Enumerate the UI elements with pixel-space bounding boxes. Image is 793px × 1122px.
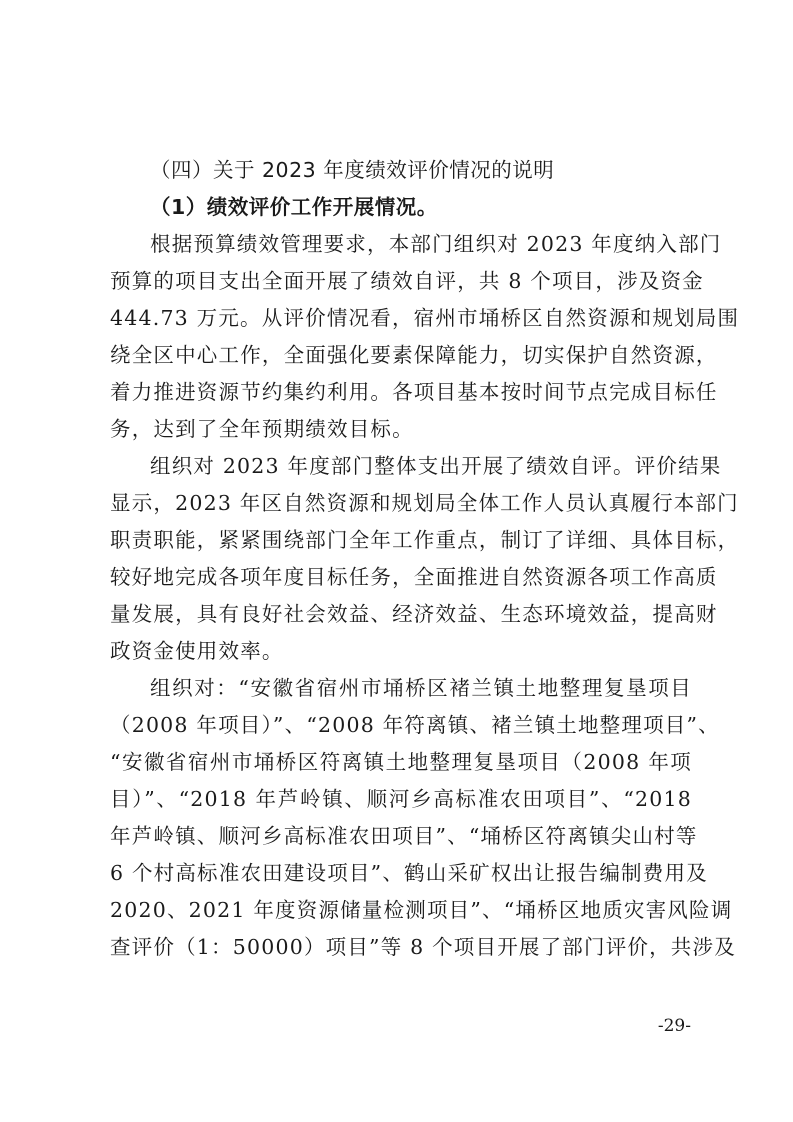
paragraph-line: 2020、2021 年度资源储量检测项目”、“埇桥区地质灾害风险调 [110,892,692,929]
paragraph-line: 务，达到了全年预期绩效目标。 [110,411,692,448]
paragraph-line: 目）”、“2018 年芦岭镇、顺河乡高标准农田项目”、“2018 [110,781,692,818]
subsection-heading: （1）绩效评价工作开展情况。 [110,189,692,226]
paragraph-line: 预算的项目支出全面开展了绩效自评，共 8 个项目，涉及资金 [110,263,692,300]
page-content: （四）关于 2023 年度绩效评价情况的说明 （1）绩效评价工作开展情况。 根据… [110,152,692,966]
paragraph-line: 6 个村高标准农田建设项目”、鹤山采矿权出让报告编制费用及 [110,855,692,892]
paragraph-line: 组织对 2023 年度部门整体支出开展了绩效自评。评价结果 [110,448,692,485]
paragraph-line: 较好地完成各项年度目标任务，全面推进自然资源各项工作高质 [110,559,692,596]
document-page: （四）关于 2023 年度绩效评价情况的说明 （1）绩效评价工作开展情况。 根据… [0,0,793,1122]
paragraph-line: 绕全区中心工作，全面强化要素保障能力，切实保护自然资源， [110,337,692,374]
paragraph-3: 组织对：“安徽省宿州市埇桥区褚兰镇土地整理复垦项目 （2008 年项目）”、“2… [110,670,692,966]
paragraph-line: 查评价（1：50000）项目”等 8 个项目开展了部门评价，共涉及 [110,929,692,966]
paragraph-line: “安徽省宿州市埇桥区符离镇土地整理复垦项目（2008 年项 [110,744,692,781]
section-heading: （四）关于 2023 年度绩效评价情况的说明 [110,152,692,189]
page-number: -29- [658,1016,691,1036]
paragraph-line: 着力推进资源节约集约利用。各项目基本按时间节点完成目标任 [110,374,692,411]
paragraph-line: （2008 年项目）”、“2008 年符离镇、褚兰镇土地整理项目”、 [110,707,692,744]
paragraph-1: 根据预算绩效管理要求，本部门组织对 2023 年度纳入部门 预算的项目支出全面开… [110,226,692,448]
paragraph-line: 组织对：“安徽省宿州市埇桥区褚兰镇土地整理复垦项目 [110,670,692,707]
paragraph-2: 组织对 2023 年度部门整体支出开展了绩效自评。评价结果 显示，2023 年区… [110,448,692,670]
paragraph-line: 政资金使用效率。 [110,633,692,670]
paragraph-line: 444.73 万元。从评价情况看，宿州市埇桥区自然资源和规划局围 [110,300,692,337]
paragraph-line: 显示，2023 年区自然资源和规划局全体工作人员认真履行本部门 [110,485,692,522]
paragraph-line: 量发展，具有良好社会效益、经济效益、生态环境效益，提高财 [110,596,692,633]
paragraph-line: 根据预算绩效管理要求，本部门组织对 2023 年度纳入部门 [110,226,692,263]
paragraph-line: 职责职能，紧紧围绕部门全年工作重点，制订了详细、具体目标， [110,522,692,559]
paragraph-line: 年芦岭镇、顺河乡高标准农田项目”、“埇桥区符离镇尖山村等 [110,818,692,855]
